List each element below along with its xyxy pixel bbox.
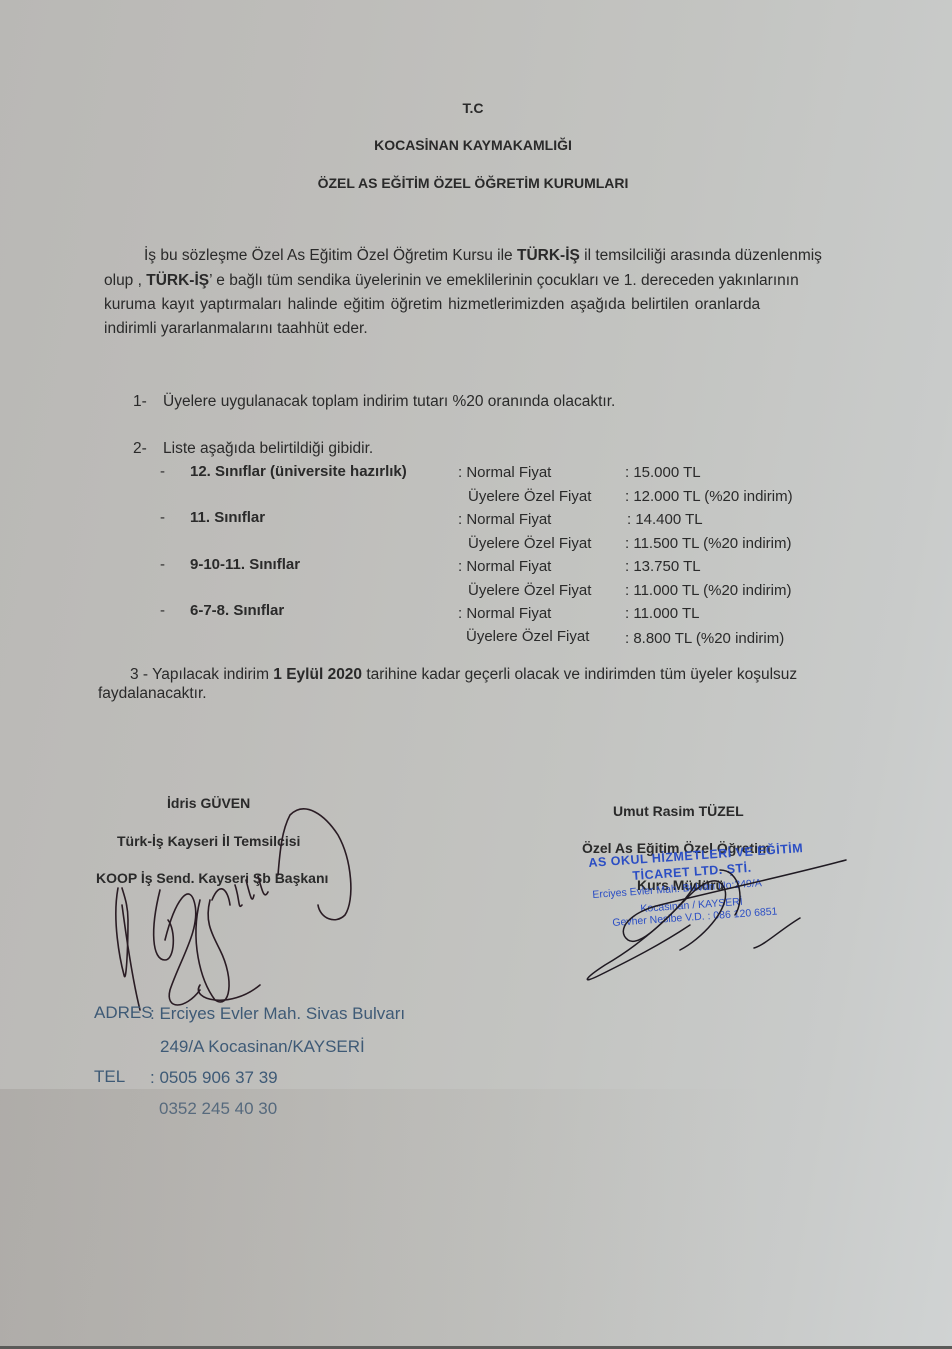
address-label: ADRES [94, 1003, 153, 1023]
tel-number-1: : 0505 906 37 39 [150, 1068, 278, 1088]
address-line-1: : Erciyes Evler Mah. Sivas Bulvarı [150, 1004, 405, 1024]
right-signature [0, 0, 952, 1349]
address-line-2: 249/A Kocasinan/KAYSERİ [160, 1037, 365, 1057]
tel-label: TEL [94, 1067, 125, 1087]
tel-number-2: 0352 245 40 30 [159, 1099, 277, 1119]
